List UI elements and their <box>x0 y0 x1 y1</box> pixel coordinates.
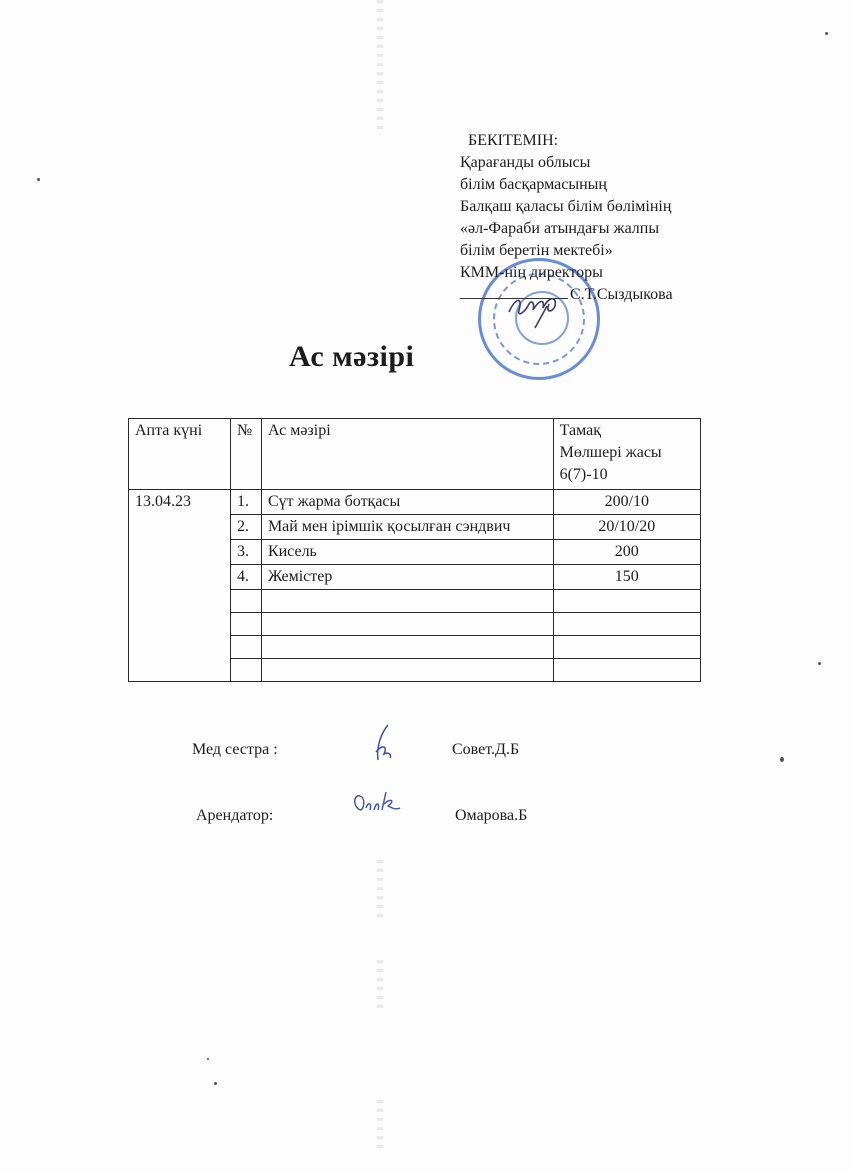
tenant-label: Арендатор: <box>196 807 273 825</box>
approval-heading: БЕКІТЕМІН: <box>468 130 673 152</box>
approval-line: КММ-нің директоры <box>460 262 673 284</box>
approval-line: білім басқармасының <box>460 174 673 196</box>
nurse-label: Мед сестра : <box>192 741 278 759</box>
approval-line: білім беретін мектебі» <box>460 240 673 262</box>
tenant-signature <box>350 788 406 820</box>
row-number: 1. <box>231 490 262 515</box>
scan-speck <box>818 662 821 665</box>
scan-speck <box>825 32 828 35</box>
nurse-name: Совет.Д.Б <box>452 741 519 759</box>
row-number: 3. <box>231 540 262 565</box>
scan-speck <box>207 1058 209 1060</box>
date-cell: 13.04.23 <box>129 490 231 682</box>
header-portion: Тамақ Мөлшері жасы 6(7)-10 <box>553 419 700 490</box>
header-number: № <box>231 419 262 490</box>
director-signature <box>505 290 565 330</box>
approval-block: БЕКІТЕМІН: Қарағанды облысы білім басқар… <box>460 130 673 306</box>
dish-name: Май мен ірімшік қосылған сэндвич <box>261 515 553 540</box>
fold-line <box>377 0 383 130</box>
portion-value: 150 <box>553 565 700 590</box>
table-row: 13.04.23 1. Сүт жарма ботқасы 200/10 <box>129 490 701 515</box>
fold-line <box>377 1100 383 1150</box>
signatory-line: С.Т.Сыздыкова <box>460 284 673 306</box>
approval-line: Балқаш қаласы білім бөлімінің <box>460 196 673 218</box>
dish-name: Жемістер <box>261 565 553 590</box>
portion-value: 20/10/20 <box>553 515 700 540</box>
table-header-row: Апта күні № Ас мәзірі Тамақ Мөлшері жасы… <box>129 419 701 490</box>
row-number: 4. <box>231 565 262 590</box>
fold-line <box>377 960 383 1010</box>
dish-name: Сүт жарма ботқасы <box>261 490 553 515</box>
portion-value: 200 <box>553 540 700 565</box>
approval-line: «әл-Фараби атындағы жалпы <box>460 218 673 240</box>
scan-speck <box>780 757 784 762</box>
dish-name: Кисель <box>261 540 553 565</box>
portion-value: 200/10 <box>553 490 700 515</box>
approval-line: Қарағанды облысы <box>460 152 673 174</box>
tenant-name: Омарова.Б <box>455 807 527 825</box>
signatory-name: С.Т.Сыздыкова <box>570 286 673 303</box>
header-menu: Ас мәзірі <box>261 419 553 490</box>
row-number: 2. <box>231 515 262 540</box>
scan-speck <box>214 1082 217 1085</box>
nurse-signature <box>362 722 402 772</box>
page-title: Ас мәзірі <box>289 340 414 374</box>
menu-table: Апта күні № Ас мәзірі Тамақ Мөлшері жасы… <box>128 418 701 682</box>
fold-line <box>377 860 383 920</box>
header-day: Апта күні <box>129 419 231 490</box>
scan-speck <box>37 178 40 181</box>
